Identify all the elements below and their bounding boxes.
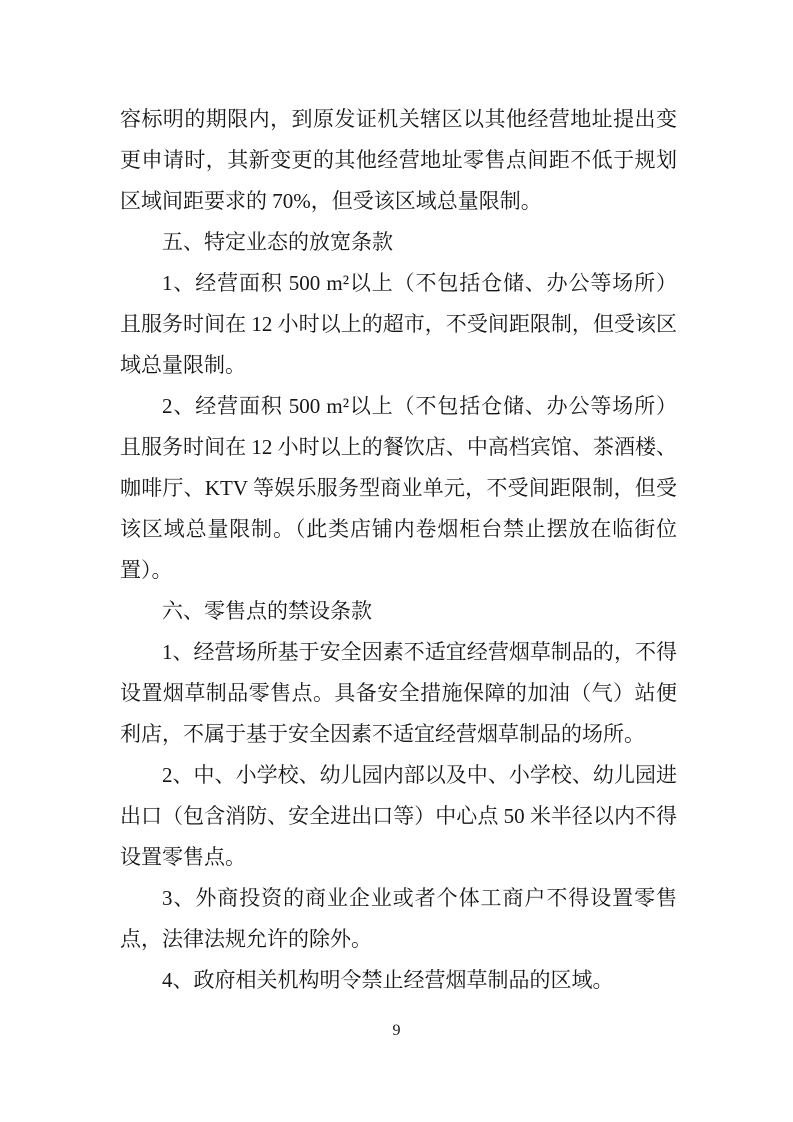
clause-5-2: 2、经营面积 500 m²以上（不包括仓储、办公等场所）且服务时间在 12 小时… xyxy=(120,386,677,591)
clause-6-1: 1、经营场所基于安全因素不适宜经营烟草制品的，不得设置烟草制品零售点。具备安全措… xyxy=(120,632,677,755)
section-heading-5: 五、特定业态的放宽条款 xyxy=(120,222,677,263)
clause-6-2: 2、中、小学校、幼儿园内部以及中、小学校、幼儿园进出口（包含消防、安全进出口等）… xyxy=(120,755,677,878)
section-heading-6: 六、零售点的禁设条款 xyxy=(120,591,677,632)
page-footer: 9 xyxy=(0,1020,793,1042)
document-page: 容标明的期限内，到原发证机关辖区以其他经营地址提出变更申请时，其新变更的其他经营… xyxy=(0,0,793,1122)
page-number: 9 xyxy=(393,1022,401,1039)
clause-6-3: 3、外商投资的商业企业或者个体工商户不得设置零售点，法律法规允许的除外。 xyxy=(120,878,677,960)
clause-5-1: 1、经营面积 500 m²以上（不包括仓储、办公等场所）且服务时间在 12 小时… xyxy=(120,263,677,386)
document-body: 容标明的期限内，到原发证机关辖区以其他经营地址提出变更申请时，其新变更的其他经营… xyxy=(120,99,677,1001)
body-paragraph-continuation: 容标明的期限内，到原发证机关辖区以其他经营地址提出变更申请时，其新变更的其他经营… xyxy=(120,99,677,222)
clause-6-4: 4、政府相关机构明令禁止经营烟草制品的区域。 xyxy=(120,960,677,1001)
